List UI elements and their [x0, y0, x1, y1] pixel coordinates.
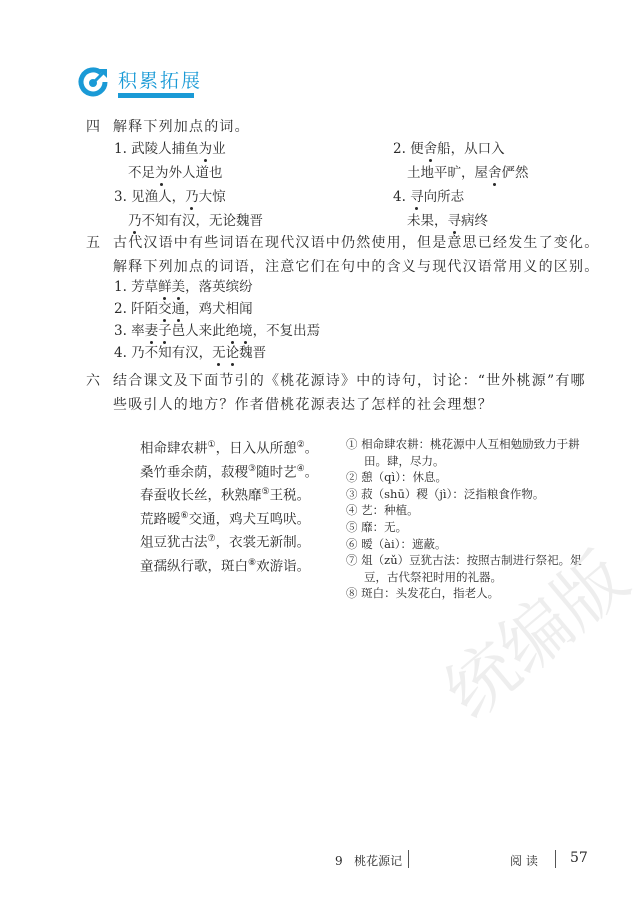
vocab-item-line: 2. 便舍船，从口入	[393, 140, 505, 158]
section-5-number: 五	[86, 232, 100, 252]
section-4-number: 四	[86, 116, 100, 136]
vocab-item-line: 3. 见渔人，乃大惊	[114, 188, 226, 206]
emphasis-dot-char: 鲜	[158, 278, 172, 296]
emphasis-dot-char: 为	[199, 140, 213, 158]
emphasis-dot-char: 寻	[410, 188, 424, 206]
refresh-arrow-icon	[76, 64, 110, 98]
vocab-item-line: 1. 芳草鲜美，落英缤纷	[114, 278, 253, 296]
vocab-item-line: 3. 率妻子邑人来此绝境，不复出焉	[114, 322, 320, 340]
poem-line: 桑竹垂余荫，菽稷③随时艺④。	[140, 460, 318, 482]
poem-line: 俎豆犹古法⑦，衣裳无新制。	[140, 530, 310, 552]
footnote-marker: ②	[297, 440, 305, 450]
vocab-item-line: 4. 乃不知有汉，无论魏晋	[114, 344, 266, 362]
footnote-line: ① 相命肆农耕：桃花源中人互相勉励致力于耕	[346, 436, 580, 452]
section-5-prompt-line2: 解释下列加点的词语，注意它们在句中的含义与现代汉语常用义的区别。	[113, 256, 599, 276]
emphasis-dot-char: 美	[172, 278, 186, 296]
emphasis-dot-char: 乃	[185, 188, 199, 206]
emphasis-dot-char: 绝	[226, 322, 240, 340]
footnote-line: ③ 菽（shū）稷（jì）：泛指粮食作物。	[346, 486, 544, 502]
emphasis-dot-char: 论	[226, 344, 240, 362]
poem-line: 相命肆农耕①，日入从所憩②。	[140, 436, 318, 458]
poem-line: 荒路暧⑥交通，鸡犬互鸣吠。	[140, 507, 310, 529]
emphasis-dot-char: 通	[172, 300, 186, 318]
title-underline	[118, 93, 194, 98]
emphasis-dot-char: 子	[158, 322, 172, 340]
vocab-item-line: 4. 寻向所志	[393, 188, 464, 206]
poem-line: 春蚕收长丝，秋熟靡⑤王税。	[140, 483, 310, 505]
vocab-item-line: 1. 武陵人捕鱼为业	[114, 140, 226, 158]
vocab-item-line: 不足为外人道也	[128, 164, 223, 182]
section-6-prompt-line2: 些吸引人的地方？作者借桃花源表达了怎样的社会理想？	[113, 394, 493, 414]
section-6-prompt-line1: 结合课文及下面节引的《桃花源诗》中的诗句，讨论：“世外桃源”有哪	[113, 370, 586, 390]
emphasis-dot-char: 无	[212, 344, 226, 362]
vocab-item-line: 2. 阡陌交通，鸡犬相闻	[114, 300, 253, 318]
emphasis-dot-char: 为	[155, 164, 169, 182]
poem-line: 童孺纵行歌，斑白⑧欢游诣。	[140, 554, 310, 576]
section-title: 积累拓展	[118, 66, 202, 93]
page-number: 57	[570, 850, 588, 866]
emphasis-dot-char: 妻	[145, 322, 159, 340]
vocab-item-line: 土地平旷，屋舍俨然	[407, 164, 529, 182]
section-5-prompt-line1: 古代汉语中有些词语在现代汉语中仍然使用，但是意思已经发生了变化。	[113, 232, 599, 252]
footnote-line: 豆，古代祭祀时用的礼器。	[364, 569, 502, 585]
footnote-line: ⑧ 斑白：头发花白，指老人。	[346, 585, 499, 601]
lesson-title: 桃花源记	[354, 854, 402, 868]
footer-divider	[408, 850, 409, 868]
vocab-item-line: 乃不知有汉，无论魏晋	[128, 212, 263, 230]
emphasis-dot-char: 交	[158, 300, 172, 318]
footnote-marker: ⑦	[208, 534, 216, 544]
footnote-marker: ⑧	[248, 558, 256, 568]
lesson-number: 9	[335, 854, 343, 868]
footnote-line: ⑥ 暧（ài）：遮蔽。	[346, 536, 446, 552]
footnote-marker: ⑥	[181, 511, 189, 521]
footnote-marker: ⑤	[262, 487, 270, 497]
footnote-marker: ③	[248, 464, 256, 474]
vocab-item-line: 未果，寻病终	[407, 212, 488, 230]
emphasis-dot-char: 舍	[488, 164, 502, 182]
footnote-line: ⑤ 靡：无。	[346, 519, 407, 535]
footnote-line: 田。肆，尽力。	[364, 453, 445, 469]
footnote-line: ② 憩（qì）：休息。	[346, 469, 447, 485]
footnote-marker: ①	[208, 440, 216, 450]
footer-divider	[555, 850, 556, 868]
footer-lesson: 9 桃花源记	[335, 852, 402, 869]
emphasis-dot-char: 寻	[448, 212, 462, 230]
section-4-prompt: 解释下列加点的词。	[113, 116, 250, 136]
emphasis-dot-char: 乃	[128, 212, 142, 230]
footnote-line: ④ 艺：种植。	[346, 502, 419, 518]
section-6-number: 六	[86, 370, 100, 390]
footnote-marker: ④	[297, 464, 305, 474]
footer-unit: 阅 读	[510, 852, 538, 869]
emphasis-dot-char: 舍	[424, 140, 438, 158]
emphasis-dot-char: 境	[239, 322, 253, 340]
